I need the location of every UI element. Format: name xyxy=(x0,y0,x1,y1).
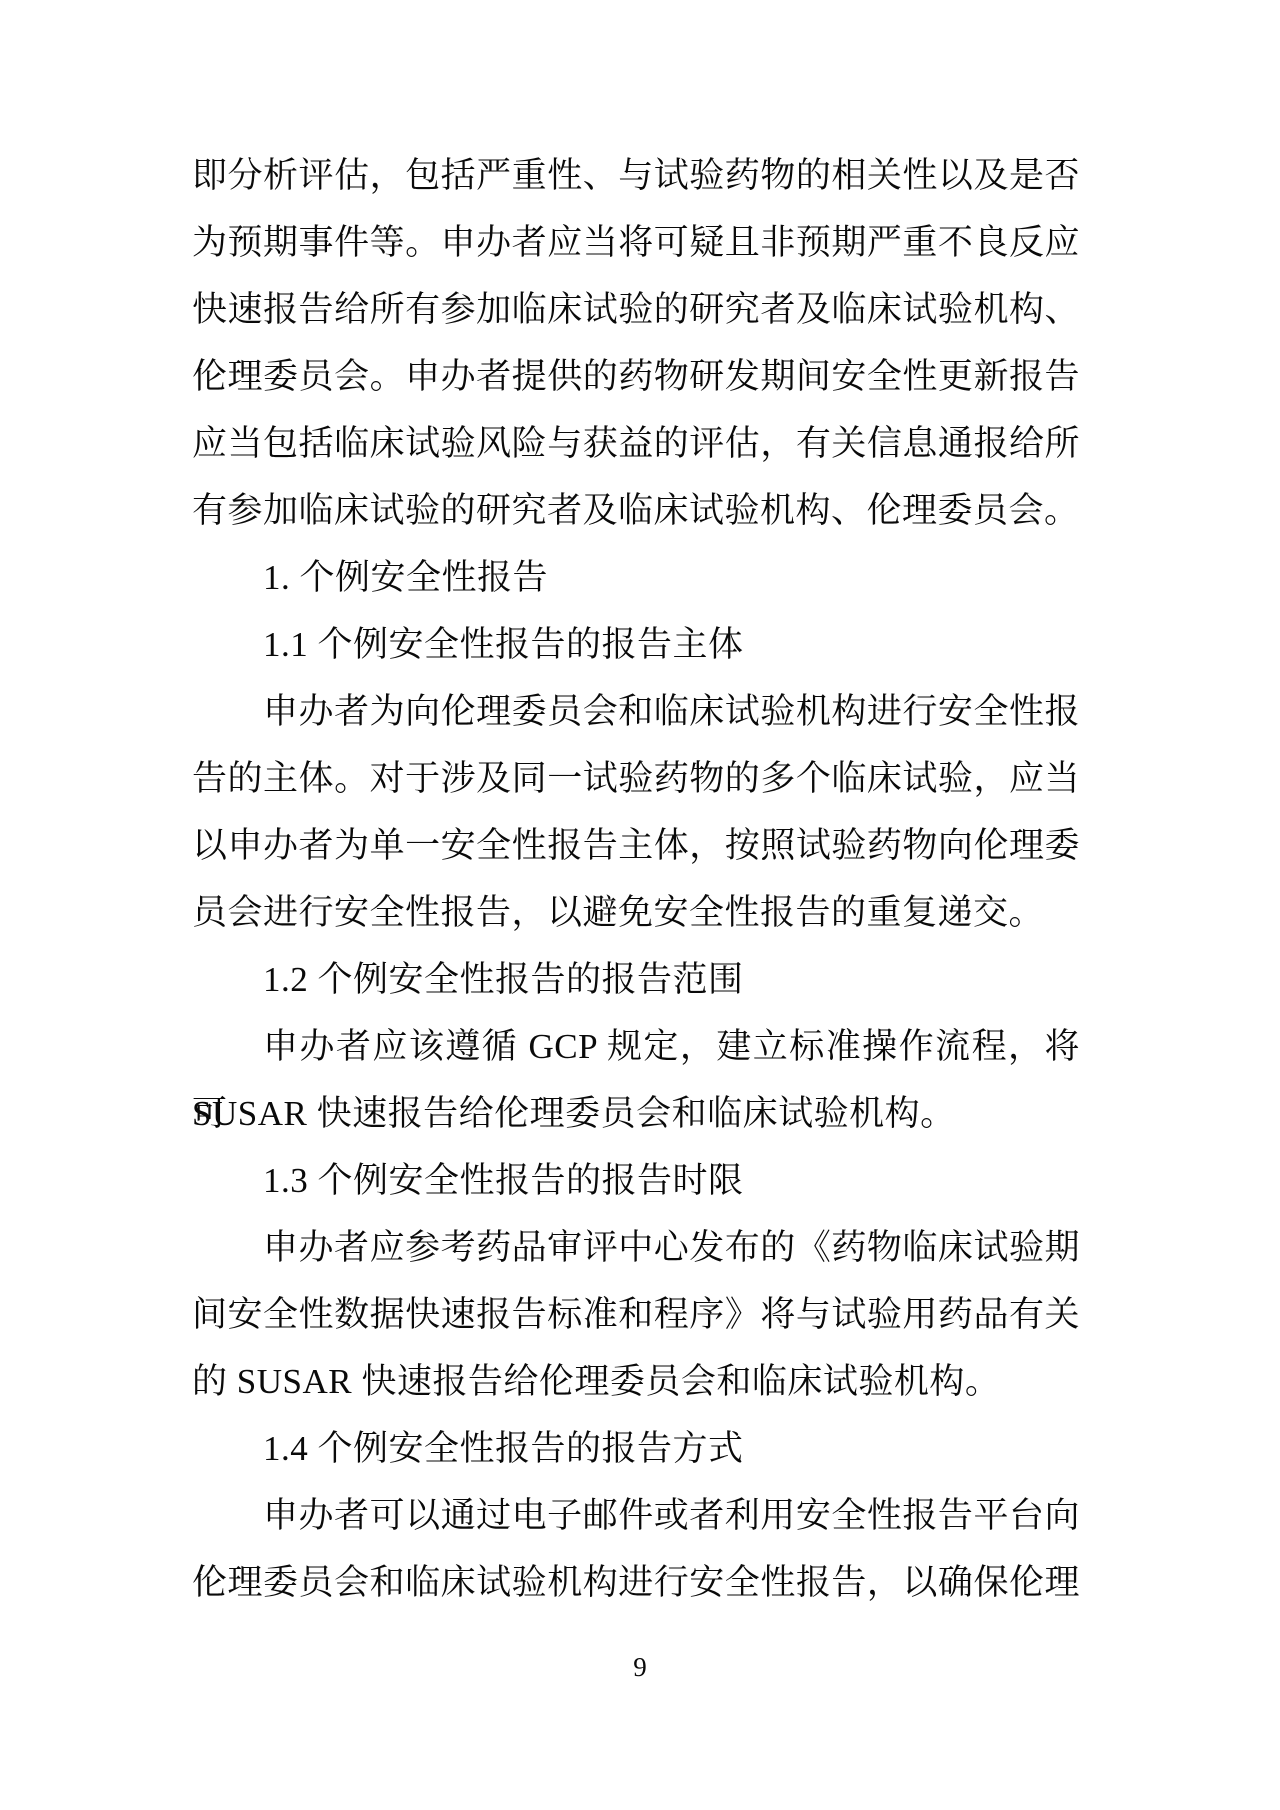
body-text-line: 应当包括临床试验风险与获益的评估，有关信息通报给所 xyxy=(192,410,1080,477)
body-text-line: 告的主体。对于涉及同一试验药物的多个临床试验，应当 xyxy=(192,745,1080,812)
body-text-line: 申办者应参考药品审评中心发布的《药物临床试验期 xyxy=(192,1214,1080,1281)
body-text-line: 有参加临床试验的研究者及临床试验机构、伦理委员会。 xyxy=(192,477,1080,544)
section-heading-line: 1.2 个例安全性报告的报告范围 xyxy=(192,946,1080,1013)
body-text-line: 间安全性数据快速报告标准和程序》将与试验用药品有关 xyxy=(192,1281,1080,1348)
body-text-line: 以申办者为单一安全性报告主体，按照试验药物向伦理委 xyxy=(192,812,1080,879)
section-heading-line: 1.4 个例安全性报告的报告方式 xyxy=(192,1415,1080,1482)
body-text-line: SUSAR 快速报告给伦理委员会和临床试验机构。 xyxy=(192,1080,1080,1147)
document-page: 即分析评估，包括严重性、与试验药物的相关性以及是否 为预期事件等。申办者应当将可… xyxy=(0,0,1280,1810)
section-heading-line: 1. 个例安全性报告 xyxy=(192,544,1080,611)
body-text-line: 伦理委员会和临床试验机构进行安全性报告，以确保伦理 xyxy=(192,1549,1080,1616)
section-heading-line: 1.3 个例安全性报告的报告时限 xyxy=(192,1147,1080,1214)
section-heading-line: 1.1 个例安全性报告的报告主体 xyxy=(192,611,1080,678)
body-text-line: 员会进行安全性报告，以避免安全性报告的重复递交。 xyxy=(192,879,1080,946)
page-number: 9 xyxy=(0,1650,1280,1684)
body-text-line: 申办者应该遵循 GCP 规定，建立标准操作流程，将可 xyxy=(192,1013,1080,1080)
body-text-line: 伦理委员会。申办者提供的药物研发期间安全性更新报告 xyxy=(192,343,1080,410)
body-text-line: 为预期事件等。申办者应当将可疑且非预期严重不良反应 xyxy=(192,209,1080,276)
body-text-line: 即分析评估，包括严重性、与试验药物的相关性以及是否 xyxy=(192,142,1080,209)
text-block: 即分析评估，包括严重性、与试验药物的相关性以及是否 为预期事件等。申办者应当将可… xyxy=(192,142,1080,1616)
body-text-line: 申办者可以通过电子邮件或者利用安全性报告平台向 xyxy=(192,1482,1080,1549)
body-text-line: 申办者为向伦理委员会和临床试验机构进行安全性报 xyxy=(192,678,1080,745)
body-text-line: 快速报告给所有参加临床试验的研究者及临床试验机构、 xyxy=(192,276,1080,343)
body-text-line: 的 SUSAR 快速报告给伦理委员会和临床试验机构。 xyxy=(192,1348,1080,1415)
